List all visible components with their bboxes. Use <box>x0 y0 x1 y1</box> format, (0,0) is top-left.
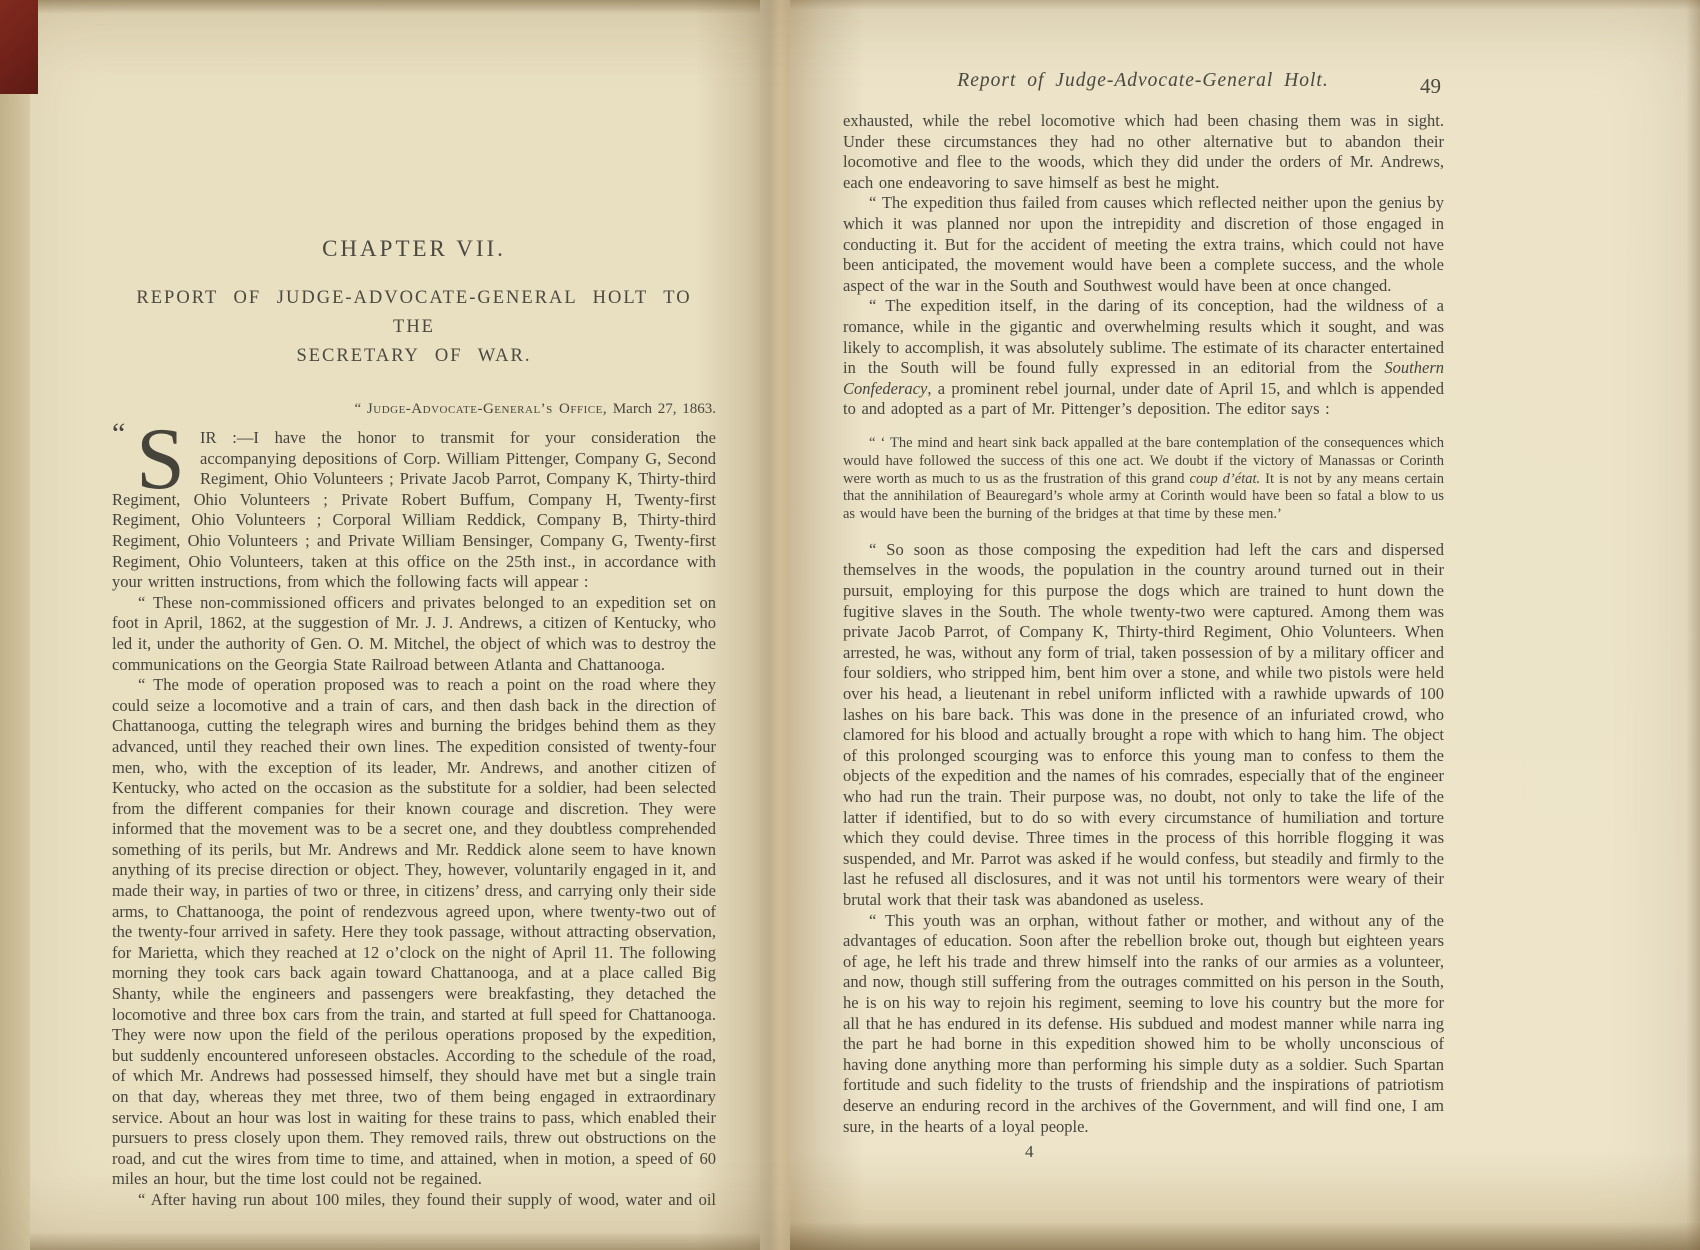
running-head-row: Report of Judge-Advocate-General Holt. 4… <box>843 70 1443 92</box>
right-page-text-block: exhausted, while the rebel locomotive wh… <box>843 111 1444 1162</box>
chapter-title-line1: REPORT OF JUDGE-ADVOCATE-GENERAL HOLT TO… <box>112 284 716 342</box>
left-paper-edge <box>0 0 30 1250</box>
right-page: Report of Judge-Advocate-General Holt. 4… <box>790 0 1700 1250</box>
paragraph: “ The expedition thus failed from causes… <box>843 193 1444 296</box>
paragraph: exhausted, while the rebel locomotive wh… <box>843 111 1444 193</box>
book-photo: CHAPTER VII. REPORT OF JUDGE-ADVOCATE-GE… <box>0 0 1700 1250</box>
chapter-heading: CHAPTER VII. <box>112 236 716 262</box>
italic-phrase: coup d’état. <box>1190 471 1261 487</box>
paragraph: “ This youth was an orphan, without fath… <box>843 911 1444 1138</box>
dropcap-wrap: “ S <box>112 428 200 489</box>
opening-paragraph-text: IR :—I have the honor to transmit for yo… <box>112 428 716 591</box>
book-cover-edge <box>0 0 38 94</box>
paragraph: “ So soon as those composing the expedit… <box>843 540 1444 911</box>
left-page-text-block: CHAPTER VII. REPORT OF JUDGE-ADVOCATE-GE… <box>112 236 716 1211</box>
opening-quote-mark: “ <box>112 424 122 445</box>
dropcap-letter: S <box>136 431 185 489</box>
paragraph: “ These non-commissioned officers and pr… <box>112 593 716 675</box>
chapter-title: REPORT OF JUDGE-ADVOCATE-GENERAL HOLT TO… <box>112 284 716 371</box>
paragraph: “ After having run about 100 miles, they… <box>112 1190 716 1211</box>
signature-mark: 4 <box>843 1142 1444 1162</box>
running-head: Report of Judge-Advocate-General Holt. <box>843 70 1443 92</box>
paragraph-text: “ The expedition itself, in the daring o… <box>843 296 1444 377</box>
page-number: 49 <box>1420 74 1441 99</box>
dateline-open-quote: “ <box>355 401 367 417</box>
dateline: “ Judge-Advocate-General’s Office, March… <box>112 401 716 418</box>
paragraph: “ The expedition itself, in the daring o… <box>843 296 1444 420</box>
paragraph-text: , a prominent rebel journal, under date … <box>843 379 1444 419</box>
chapter-title-line2: SECRETARY OF WAR. <box>112 342 716 371</box>
left-page: CHAPTER VII. REPORT OF JUDGE-ADVOCATE-GE… <box>30 0 760 1250</box>
editorial-quote: “ ‘ The mind and heart sink back appalle… <box>843 435 1444 524</box>
dateline-office: Judge-Advocate-General’s Office, <box>367 401 607 417</box>
dateline-date: March 27, 1863. <box>607 401 716 417</box>
opening-paragraph: “ S IR :—I have the honor to transmit fo… <box>112 428 716 593</box>
paragraph: “ The mode of operation proposed was to … <box>112 675 716 1190</box>
